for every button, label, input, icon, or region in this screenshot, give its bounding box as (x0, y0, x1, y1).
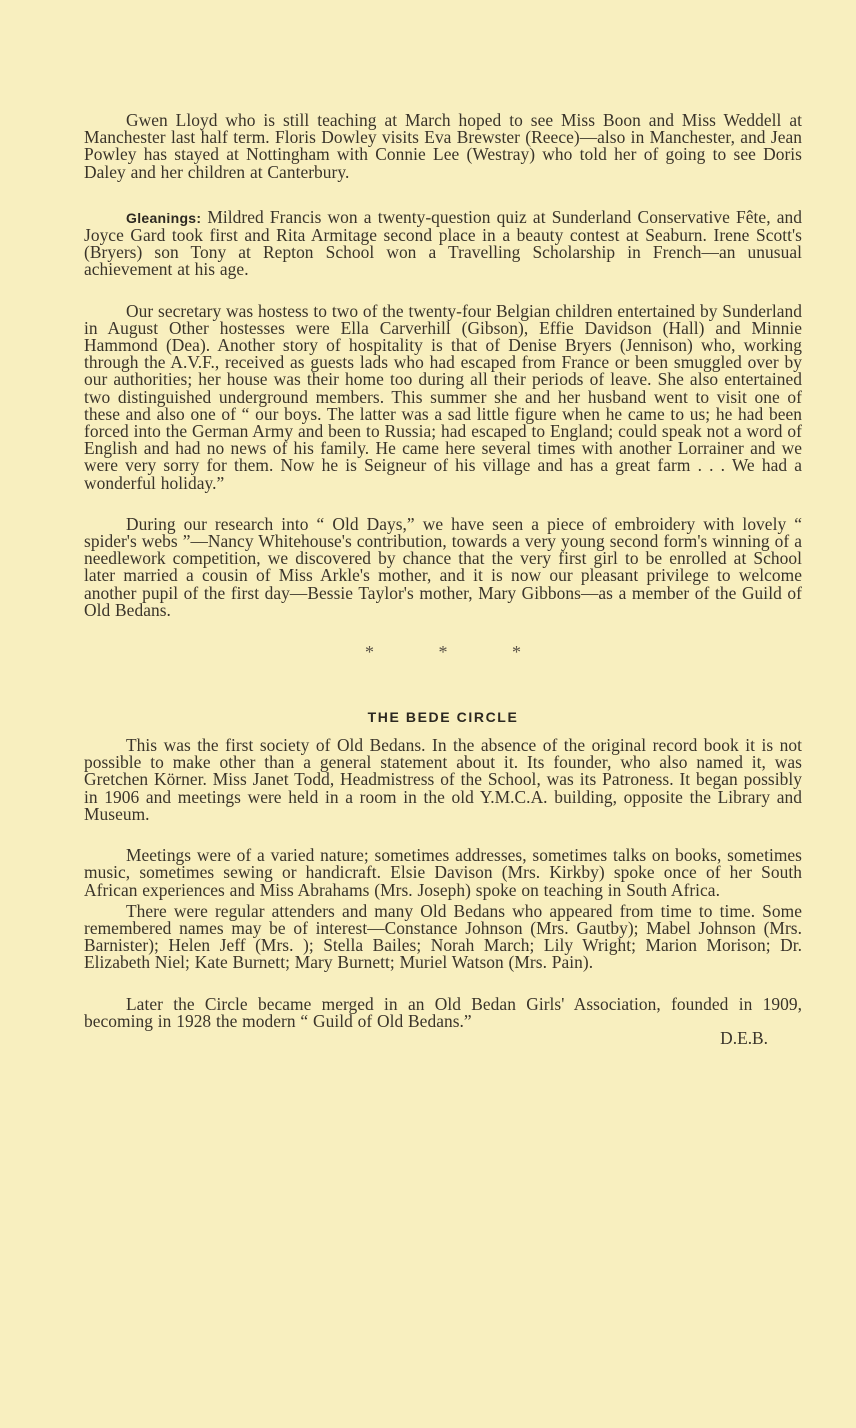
bede-paragraph-3: There were regular attenders and many Ol… (84, 903, 802, 972)
bede-paragraph-1: This was the first society of Old Bedans… (84, 737, 802, 823)
spacer (84, 492, 802, 516)
intro-paragraph: Gwen Lloyd who is still teaching at Marc… (84, 112, 802, 181)
bede-paragraph-4: Later the Circle became merged in an Old… (84, 996, 802, 1030)
gleanings-paragraph: Gleanings:Mildred Francis won a twenty-q… (84, 209, 802, 279)
section-divider-asterisks: * * * (84, 641, 802, 663)
spacer (84, 181, 802, 209)
research-paragraph: During our research into “ Old Days,” we… (84, 516, 802, 619)
spacer (84, 823, 802, 847)
signature-initials: D.E.B. (84, 1030, 802, 1047)
bede-paragraph-2: Meetings were of a varied nature; someti… (84, 847, 802, 899)
secretary-paragraph: Our secretary was hostess to two of the … (84, 303, 802, 492)
spacer (84, 972, 802, 996)
spacer (84, 279, 802, 303)
document-page: Gwen Lloyd who is still teaching at Marc… (84, 112, 802, 1047)
gleanings-label: Gleanings: (126, 210, 201, 226)
section-title-bede-circle: THE BEDE CIRCLE (84, 709, 802, 725)
